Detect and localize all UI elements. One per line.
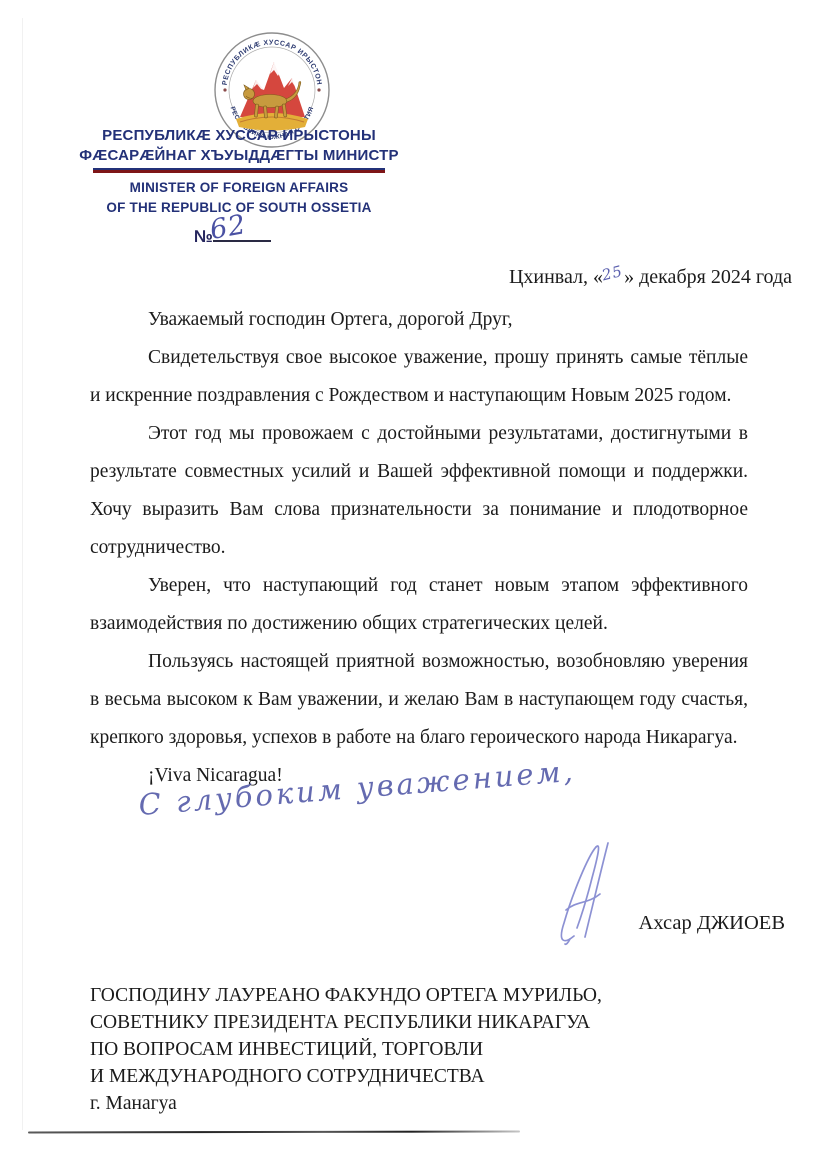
letterhead-rule	[93, 168, 385, 173]
letter-page: РЕСПУБЛИКÆ ХУССАР ИРЫСТОН РЕСПУБЛИКА ЮЖН…	[0, 0, 825, 1154]
recipient-city: г. Манагуа	[90, 1090, 730, 1117]
emblem-rosette-right	[317, 88, 320, 91]
letter-body: Уважаемый господин Ортега, дорогой Друг,…	[90, 301, 748, 795]
emblem-rosette-left	[223, 88, 226, 91]
scan-line-artifact	[28, 1130, 520, 1133]
recipient-line-4: И МЕЖДУНАРОДНОГО СОТРУДНИЧЕСТВА	[90, 1063, 730, 1090]
dateline: Цхинвал, «25» декабря 2024 года	[509, 266, 792, 289]
dateline-day-handwritten: 25	[600, 262, 625, 285]
heading-english-line1: MINISTER OF FOREIGN AFFAIRS	[0, 178, 478, 198]
reference-number: № 62	[194, 226, 271, 247]
salutation: Уважаемый господин Ортега, дорогой Друг,	[90, 301, 748, 339]
dateline-prefix: Цхинвал, «	[509, 266, 603, 288]
paragraph-2: Этот год мы провожаем с достойными резул…	[90, 415, 748, 567]
letterhead-heading-ossetian: РЕСПУБЛИКÆ ХУССАР ИРЫСТОНЫ ФÆСАРÆЙНАГ ХЪ…	[0, 126, 478, 173]
reference-number-handwritten: 62	[208, 209, 249, 246]
dateline-suffix: » декабря 2024 года	[624, 266, 792, 288]
signatory-name: Ахсар ДЖИОЕВ	[639, 912, 785, 935]
heading-ossetian-line1: РЕСПУБЛИКÆ ХУССАР ИРЫСТОНЫ	[0, 126, 478, 146]
recipient-line-1: ГОСПОДИНУ ЛАУРЕАНО ФАКУНДО ОРТЕГА МУРИЛЬ…	[90, 982, 730, 1009]
signature	[548, 838, 648, 948]
recipient-line-3: ПО ВОПРОСАМ ИНВЕСТИЦИЙ, ТОРГОВЛИ	[90, 1036, 730, 1063]
paragraph-3: Уверен, что наступающий год станет новым…	[90, 567, 748, 643]
paragraph-4: Пользуясь настоящей приятной возможность…	[90, 643, 748, 757]
heading-ossetian-line2: ФÆСАРÆЙНАГ ХЪУЫДДÆГТЫ МИНИСТР	[0, 146, 478, 166]
recipient-line-2: СОВЕТНИКУ ПРЕЗИДЕНТА РЕСПУБЛИКИ НИКАРАГУ…	[90, 1009, 730, 1036]
recipient-block: ГОСПОДИНУ ЛАУРЕАНО ФАКУНДО ОРТЕГА МУРИЛЬ…	[90, 982, 730, 1117]
paragraph-1: Свидетельствуя свое высокое уважение, пр…	[90, 339, 748, 415]
signature-icon	[548, 838, 648, 948]
